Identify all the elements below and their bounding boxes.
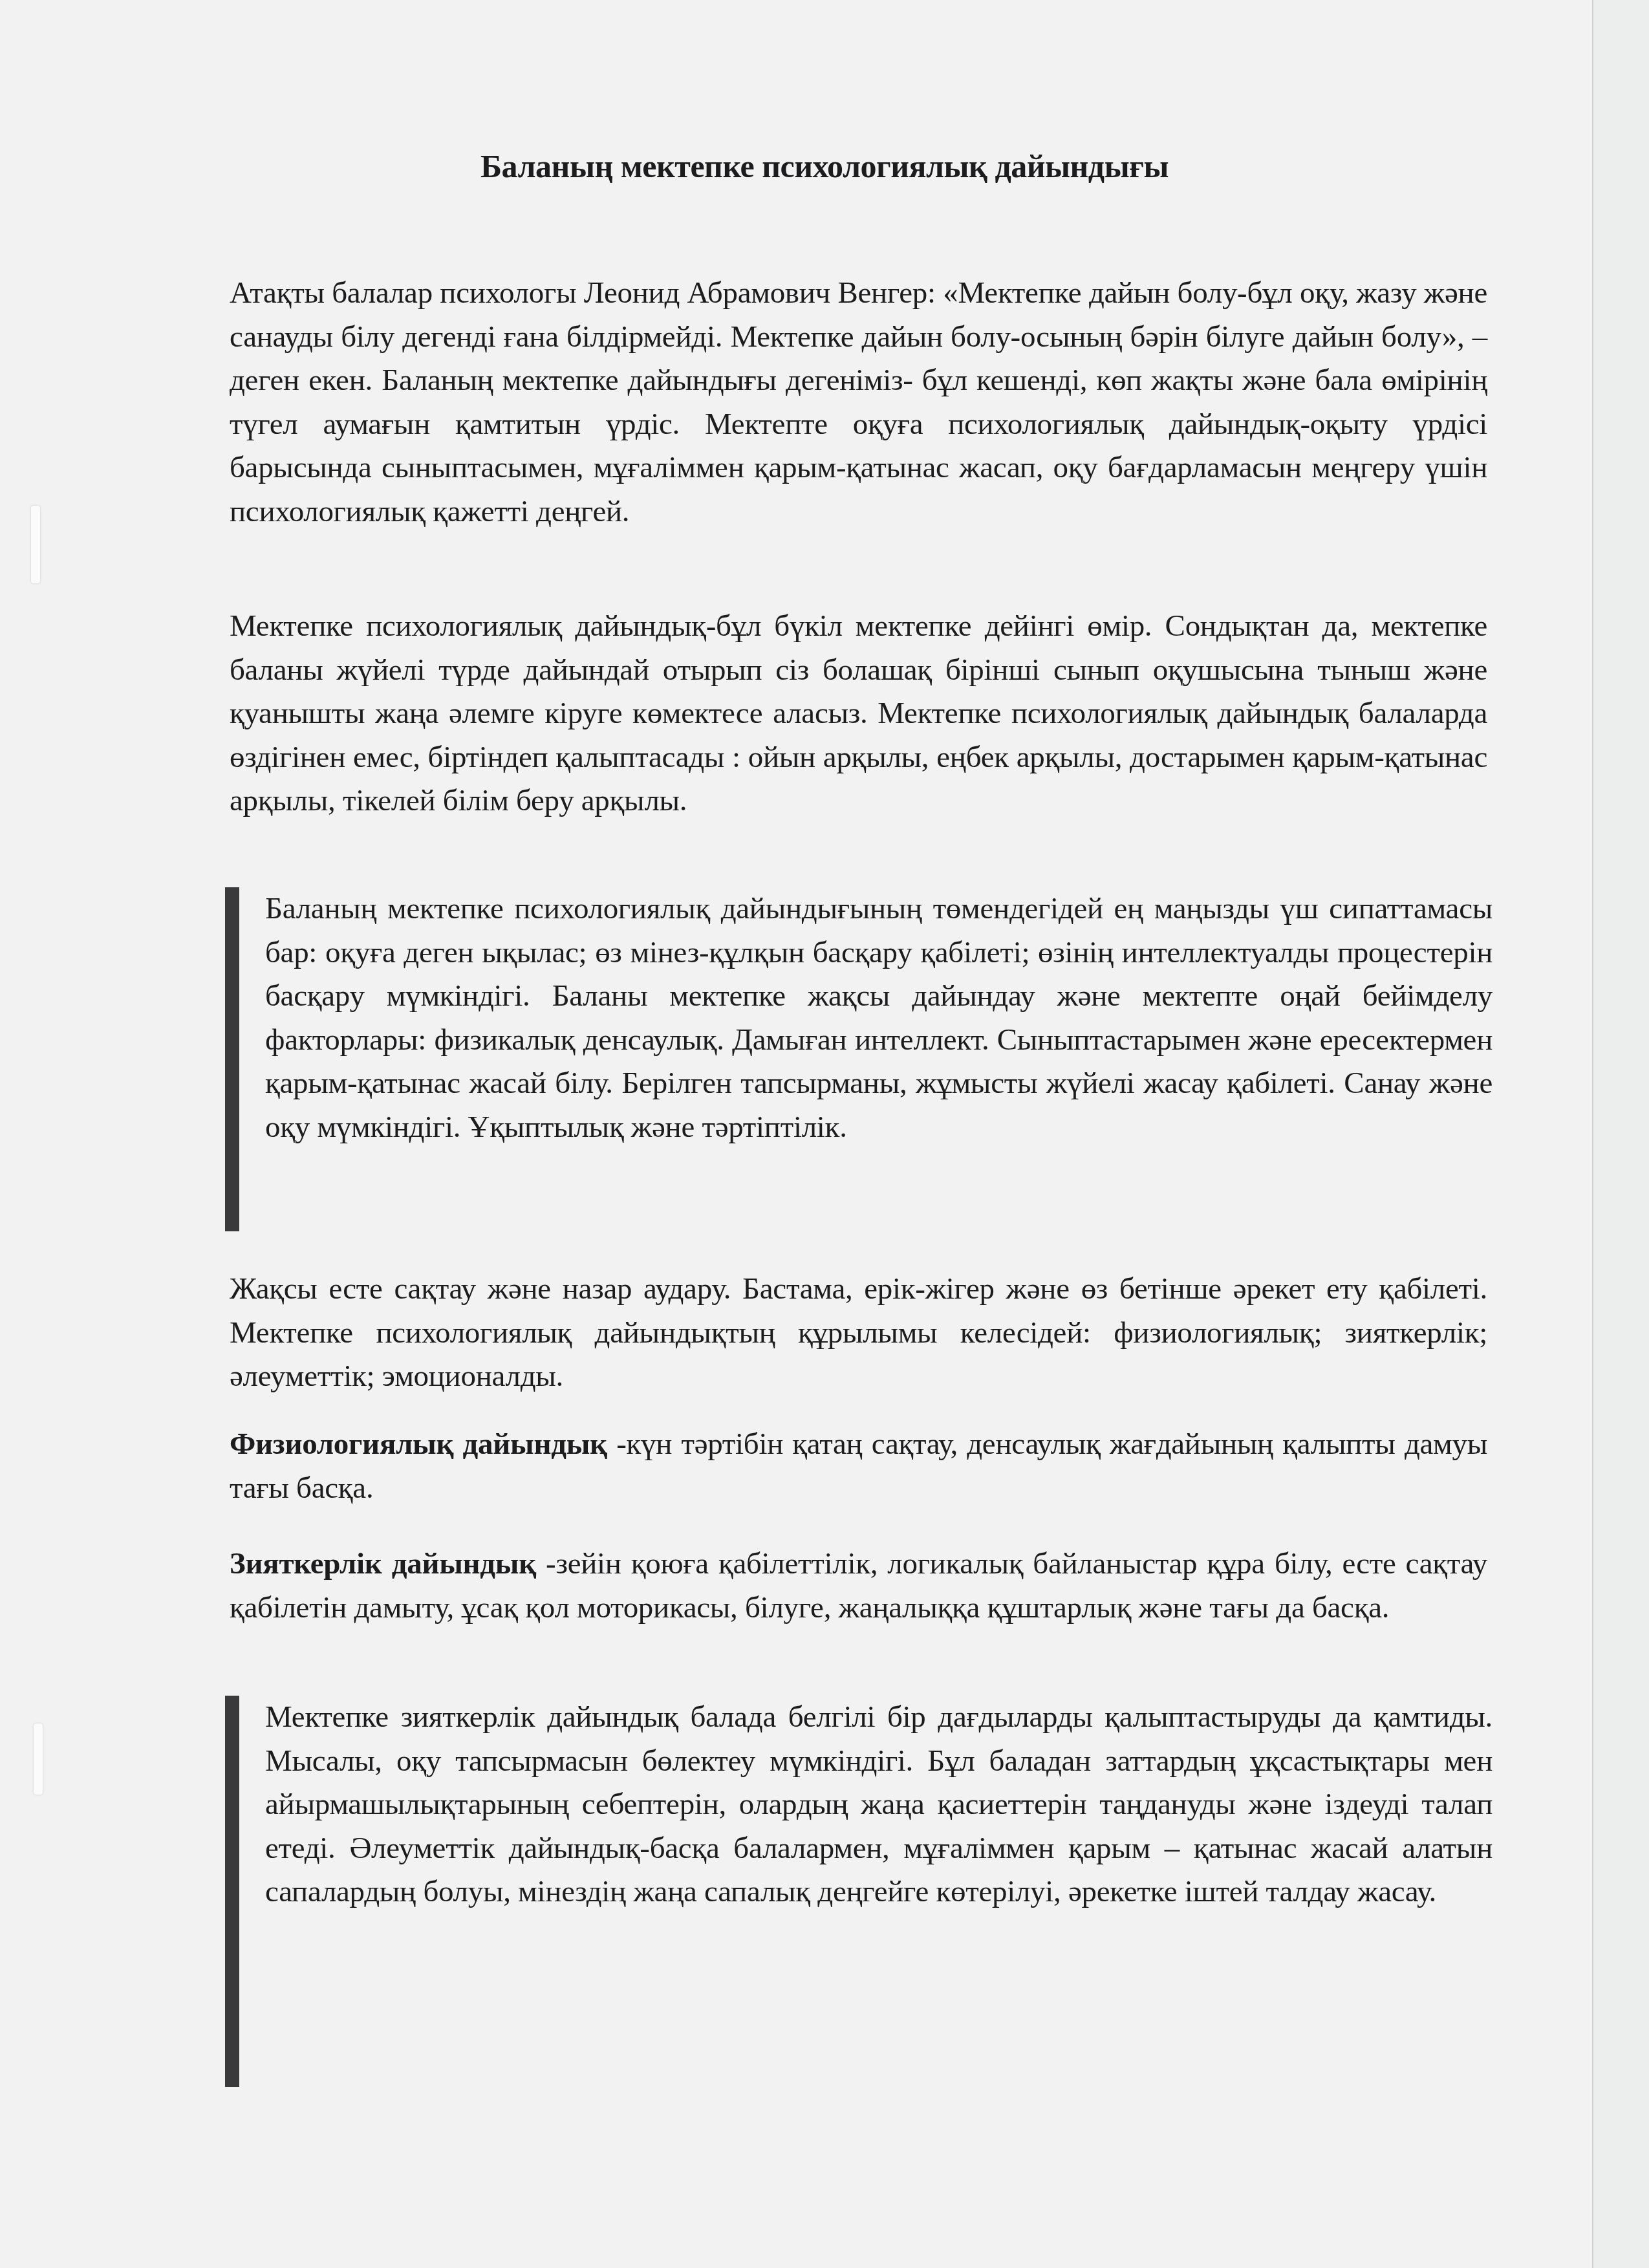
quote-box-characteristics: Баланың мектепке психологиялық дайындығы… xyxy=(225,887,1493,1231)
quote-text: Мектепке зияткерлік дайындық балада белг… xyxy=(265,1696,1493,1914)
paragraph-physiological: Физиологиялық дайындық -күн тәртібін қат… xyxy=(230,1423,1487,1510)
term-physiological: Физиологиялық дайындық xyxy=(230,1427,607,1461)
page-edge xyxy=(1592,0,1649,2268)
paragraph-text: Атақты балалар психологы Леонид Абрамови… xyxy=(230,272,1487,534)
term-intellectual: Зияткерлік дайындық xyxy=(230,1547,536,1581)
quote-box-intellectual: Мектепке зияткерлік дайындық балада белг… xyxy=(225,1696,1493,2087)
paragraph-intro: Атақты балалар психологы Леонид Абрамови… xyxy=(230,272,1487,534)
paragraph-structure: Жақсы есте сақтау және назар аудару. Бас… xyxy=(230,1268,1487,1399)
quote-text: Баланың мектепке психологиялық дайындығы… xyxy=(265,887,1493,1149)
paragraph-preschool: Мектепке психологиялық дайындық-бұл бүкі… xyxy=(230,605,1487,823)
paragraph-text: Жақсы есте сақтау және назар аудару. Бас… xyxy=(230,1268,1487,1399)
paragraph-intellectual: Зияткерлік дайындық -зейін қоюға қабілет… xyxy=(230,1542,1487,1630)
paragraph-text: Мектепке психологиялық дайындық-бұл бүкі… xyxy=(230,605,1487,823)
document-title: Баланың мектепке психологиялық дайындығы xyxy=(0,147,1649,185)
staple-mark xyxy=(31,506,40,583)
paragraph-text: Физиологиялық дайындық -күн тәртібін қат… xyxy=(230,1423,1487,1510)
paragraph-text: Зияткерлік дайындық -зейін қоюға қабілет… xyxy=(230,1542,1487,1630)
staple-mark xyxy=(34,1723,43,1795)
